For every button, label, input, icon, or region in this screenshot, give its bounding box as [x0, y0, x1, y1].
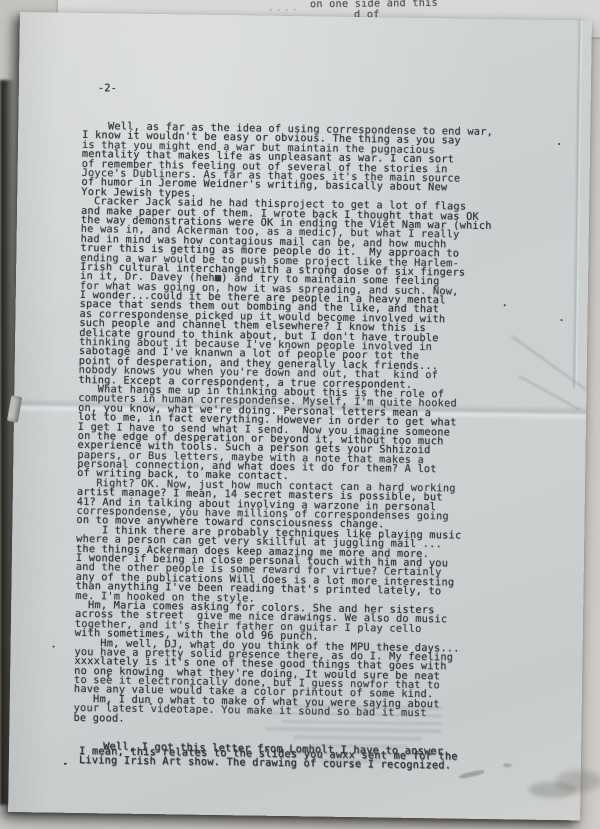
ink-speck	[311, 646, 313, 648]
vertical-fold-crease	[571, 20, 582, 388]
ink-speck	[107, 674, 109, 677]
page-number: -2-	[98, 84, 543, 100]
faded-type-marks: ....	[268, 2, 300, 13]
paper-sheet: -2- Well, as far as the idea of using co…	[8, 12, 592, 820]
ink-speck	[53, 646, 55, 648]
letter-text: -2- Well, as far as the idea of using co…	[72, 65, 543, 797]
letter-body: Well, as far as the idea of using corres…	[73, 122, 542, 730]
ink-speck	[560, 319, 562, 321]
ink-speck	[64, 763, 67, 765]
ink-smudge	[503, 763, 512, 767]
photo-smudge	[556, 770, 600, 792]
ink-speck	[504, 304, 506, 306]
ink-speck	[558, 143, 560, 145]
ink-speck	[150, 703, 152, 705]
reverse-side-show-through	[259, 704, 442, 769]
photo-of-letter: { "document_type": "typewritten-letter-p…	[0, 0, 600, 829]
